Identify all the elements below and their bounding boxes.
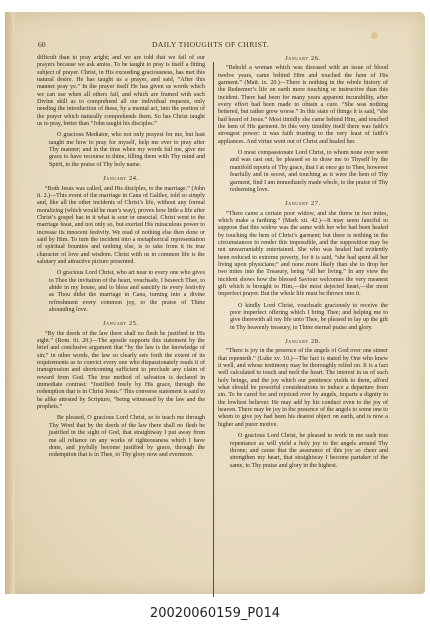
continuation-prayer: O gracious Mediator, who not only prayes…: [49, 132, 205, 169]
entry-body-jan-24: “Both Jesus was called, and His disciple…: [37, 186, 205, 267]
image-caption-id: 20020060159_P014: [0, 606, 430, 621]
running-head: 60 DAILY THOUGHTS OF CHRIST.: [38, 40, 383, 52]
entry-prayer-jan-24: O gracious Lord Christ, who art near to …: [49, 270, 205, 314]
entry-body-jan-26: “Behold a woman which was diseased with …: [218, 65, 388, 146]
entry-prayer-jan-25: Be pleased, O gracious Lord Christ, so t…: [49, 415, 205, 459]
entry-date-jan-28: January 28.: [218, 338, 388, 345]
entry-date-jan-24: January 24.: [37, 175, 205, 182]
page-spine-shadow: [5, 12, 15, 594]
running-head-title: DAILY THOUGHTS OF CHRIST.: [38, 40, 383, 49]
entry-body-jan-28: “There is joy in the presence of the ang…: [218, 348, 388, 429]
entry-body-jan-27: “There came a certain poor widow, and sh…: [218, 211, 388, 299]
entry-date-jan-27: January 27.: [218, 200, 388, 207]
right-column: January 26. “Behold a woman which was di…: [218, 55, 388, 476]
entry-body-jan-25: “By the deeds of the law there shall no …: [37, 331, 205, 412]
left-column: difficult than to pray aright; and we ar…: [37, 55, 205, 466]
paper-stain: [371, 32, 378, 39]
entry-prayer-jan-27: O kindly Lord Christ, vouchsafe gracious…: [230, 303, 388, 332]
continuation-text: difficult than to pray aright; and we ar…: [37, 55, 205, 128]
entry-date-jan-26: January 26.: [218, 55, 388, 62]
column-divider: [213, 62, 214, 597]
entry-date-jan-25: January 25.: [37, 320, 205, 327]
entry-prayer-jan-28: O gracious Lord Christ, be pleased to wo…: [230, 433, 388, 470]
entry-prayer-jan-26: O most compassionate Lord Christ, to who…: [230, 150, 388, 194]
